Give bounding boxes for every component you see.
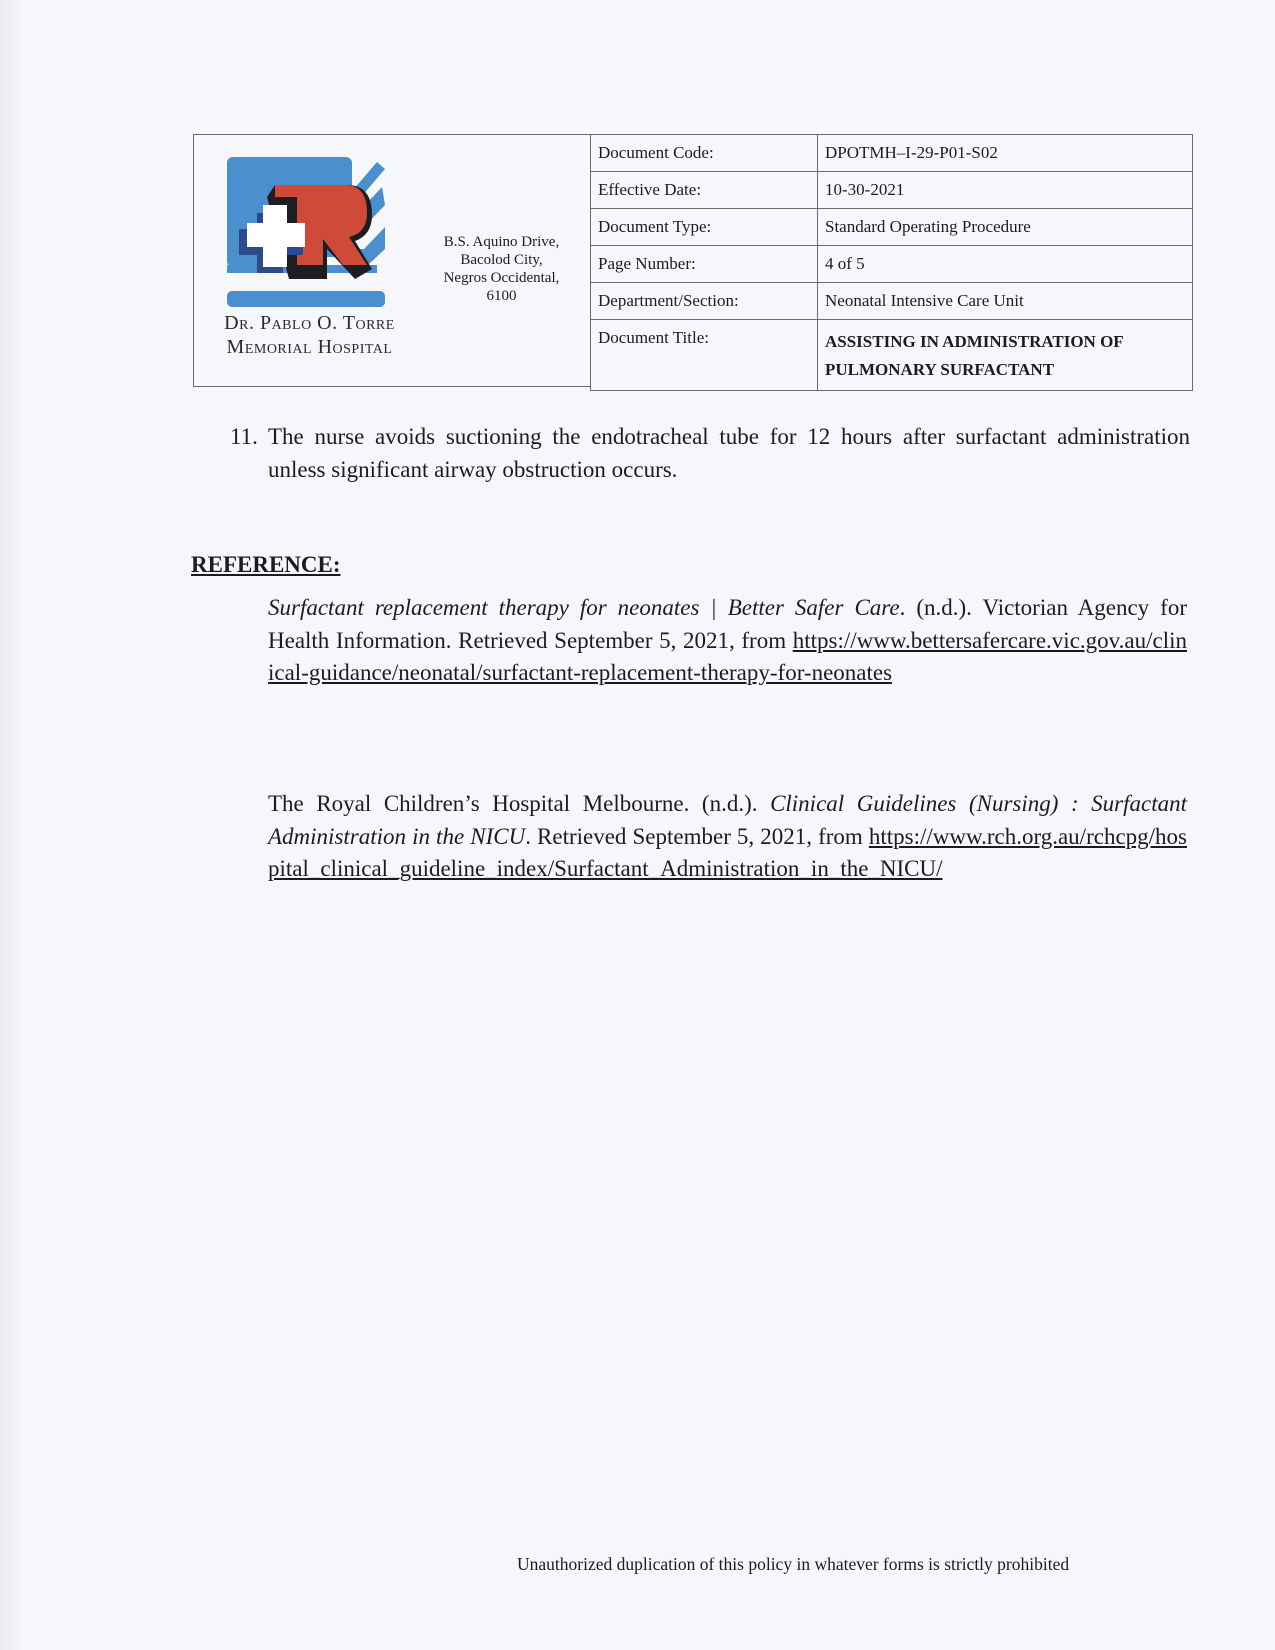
address-line: Bacolod City, [419, 251, 584, 269]
reference-entry: The Royal Children’s Hospital Melbourne.… [268, 788, 1187, 886]
hospital-name-line2: Memorial Hospital [202, 335, 417, 359]
reference-entry: Surfactant replacement therapy for neona… [268, 592, 1187, 690]
document-code-value: DPOTMH–I-29-P01-S02 [818, 135, 1193, 172]
meta-label: Department/Section: [591, 283, 818, 320]
document-title-value: ASSISTING IN ADMINISTRATION OF PULMONARY… [818, 320, 1193, 391]
hospital-address: B.S. Aquino Drive, Bacolod City, Negros … [419, 233, 584, 305]
hospital-logo-icon [227, 157, 387, 309]
page-number-value: 4 of 5 [818, 246, 1193, 283]
department-value: Neonatal Intensive Care Unit [818, 283, 1193, 320]
meta-label: Document Code: [591, 135, 818, 172]
reference-author: The Royal Children’s Hospital Melbourne.… [268, 791, 770, 816]
address-line: Negros Occidental, [419, 269, 584, 287]
address-line: 6100 [419, 287, 584, 305]
document-meta-table: Document Code: DPOTMH–I-29-P01-S02 Effec… [590, 134, 1193, 391]
procedure-item-11: 11. The nurse avoids suctioning the endo… [230, 420, 1190, 486]
meta-row-page: Page Number: 4 of 5 [591, 246, 1193, 283]
meta-label: Document Title: [591, 320, 818, 391]
document-header: Dr. Pablo O. Torre Memorial Hospital B.S… [193, 134, 1193, 387]
document-type-value: Standard Operating Procedure [818, 209, 1193, 246]
footer-notice: Unauthorized duplication of this policy … [517, 1554, 1069, 1575]
meta-row-date: Effective Date: 10-30-2021 [591, 172, 1193, 209]
effective-date-value: 10-30-2021 [818, 172, 1193, 209]
hospital-identity-cell: Dr. Pablo O. Torre Memorial Hospital B.S… [193, 134, 591, 387]
meta-label: Page Number: [591, 246, 818, 283]
hospital-name-line1: Dr. Pablo O. Torre [202, 311, 417, 335]
meta-label: Effective Date: [591, 172, 818, 209]
hospital-name: Dr. Pablo O. Torre Memorial Hospital [202, 311, 417, 359]
meta-row-code: Document Code: DPOTMH–I-29-P01-S02 [591, 135, 1193, 172]
item-text: The nurse avoids suctioning the endotrac… [268, 420, 1190, 486]
reference-heading: REFERENCE: [191, 552, 341, 578]
item-number: 11. [230, 420, 258, 453]
reference-title: Surfactant replacement therapy for neona… [268, 595, 900, 620]
meta-label: Document Type: [591, 209, 818, 246]
meta-row-title: Document Title: ASSISTING IN ADMINISTRAT… [591, 320, 1193, 391]
scan-edge-shadow [0, 0, 22, 1650]
reference-details: . Retrieved September 5, 2021, from [525, 824, 869, 849]
address-line: B.S. Aquino Drive, [419, 233, 584, 251]
meta-row-department: Department/Section: Neonatal Intensive C… [591, 283, 1193, 320]
meta-row-type: Document Type: Standard Operating Proced… [591, 209, 1193, 246]
